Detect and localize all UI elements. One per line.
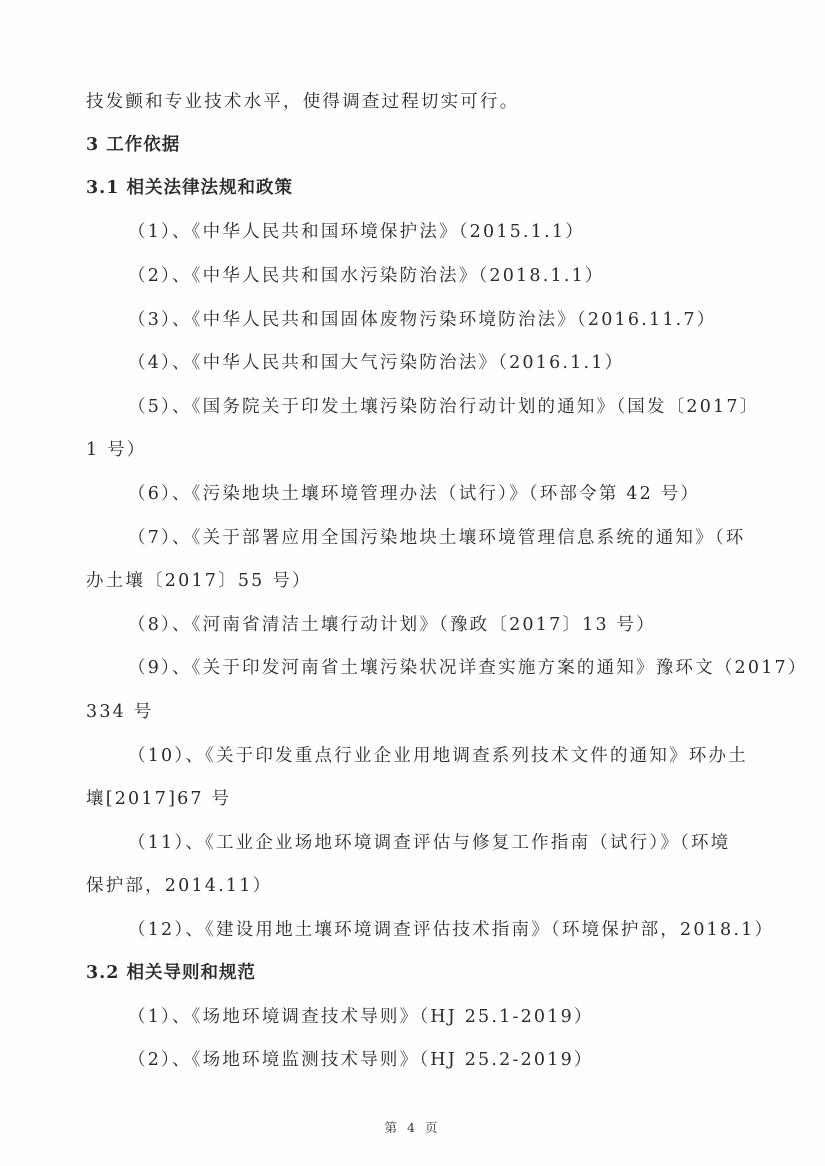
- law-item-5-continuation: 1 号）: [86, 438, 755, 462]
- law-item-7-continuation: 办土壤〔2017〕55 号）: [86, 569, 755, 593]
- subsection-heading-3-2: 3.2 相关导则和规范: [86, 961, 755, 985]
- paragraph-continuation: 技发颤和专业技术水平，使得调查过程切实可行。: [86, 90, 755, 114]
- guideline-item-2: （2）、《场地环境监测技术导则》（HJ 25.2-2019）: [128, 1048, 755, 1072]
- law-item-2: （2）、《中华人民共和国水污染防治法》（2018.1.1）: [128, 264, 755, 288]
- law-item-1: （1）、《中华人民共和国环境保护法》（2015.1.1）: [128, 220, 755, 244]
- law-item-12: （12）、《建设用地土壤环境调查评估技术指南》（环境保护部，2018.1）: [128, 918, 755, 942]
- section-heading-3: 3 工作依据: [86, 133, 755, 157]
- law-item-4: （4）、《中华人民共和国大气污染防治法》（2016.1.1）: [128, 351, 755, 375]
- law-item-8: （8）、《河南省清洁土壤行动计划》（豫政〔2017〕13 号）: [128, 613, 755, 637]
- law-item-7: （7）、《关于部署应用全国污染地块土壤环境管理信息系统的通知》（环: [128, 526, 755, 550]
- law-item-10-continuation: 壤[2017]67 号: [86, 787, 755, 811]
- law-item-6: （6）、《污染地块土壤环境管理办法（试行）》（环部令第 42 号）: [128, 482, 755, 506]
- document-page: 技发颤和专业技术水平，使得调查过程切实可行。 3 工作依据 3.1 相关法律法规…: [0, 0, 825, 1166]
- page-number: 第 4 页: [0, 1118, 825, 1136]
- law-item-9-continuation: 334 号: [86, 700, 755, 724]
- law-item-3: （3）、《中华人民共和国固体废物污染环境防治法》（2016.11.7）: [128, 308, 755, 332]
- law-item-9: （9）、《关于印发河南省土壤污染状况详查实施方案的通知》豫环文（2017）: [128, 656, 755, 680]
- law-item-10: （10）、《关于印发重点行业企业用地调查系列技术文件的通知》环办土: [128, 744, 755, 768]
- law-item-11: （11）、《工业企业场地环境调查评估与修复工作指南（试行）》（环境: [128, 831, 755, 855]
- law-item-11-continuation: 保护部，2014.11）: [86, 874, 755, 898]
- law-item-5: （5）、《国务院关于印发土壤污染防治行动计划的通知》（国发〔2017〕: [128, 395, 755, 419]
- subsection-heading-3-1: 3.1 相关法律法规和政策: [86, 176, 755, 200]
- guideline-item-1: （1）、《场地环境调查技术导则》（HJ 25.1-2019）: [128, 1005, 755, 1029]
